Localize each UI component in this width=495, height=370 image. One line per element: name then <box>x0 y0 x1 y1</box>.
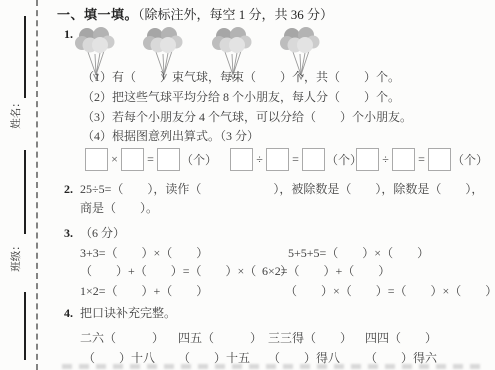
q3-item: 3+3=（ ）×（ ） <box>80 246 208 261</box>
section-title: 一、填一填。（除标注外，每空 1 分，共 36 分） <box>57 7 333 22</box>
middle-write-line <box>24 150 26 234</box>
answer-box[interactable] <box>392 148 415 171</box>
q3-item: 6×2=（ ）+（ ） <box>262 264 390 279</box>
q3-item: （ ）×（ ）=（ ）×（ ） <box>285 284 495 299</box>
q2-line1: 25÷5=（ ），读作（ ），被除数是（ ），除数是（ ）， <box>80 182 483 197</box>
equals-sign: = <box>144 152 157 167</box>
cut-off-text-line <box>62 364 482 369</box>
q4-item: 四五（ ） <box>178 331 262 346</box>
class-label: 班级： <box>10 233 24 279</box>
section-title-note: （除标注外，每空 1 分，共 36 分） <box>138 7 333 22</box>
worksheet-page: 姓名： 班级： 一、填一填。（除标注外，每空 1 分，共 36 分） 1. <box>0 0 495 370</box>
q3-item: 5+5+5=（ ）×（ ） <box>288 246 429 261</box>
operator-sign: ÷ <box>253 152 266 167</box>
answer-box[interactable] <box>302 148 325 171</box>
unit-label: （个） <box>181 151 217 168</box>
answer-box[interactable] <box>428 148 451 171</box>
q3-item: （ ）+（ ）=（ ）×（ ） <box>80 264 292 279</box>
q1-sub3: （3）若每个小朋友分 4 个气球，可以分给（ ）个小朋友。 <box>82 110 412 125</box>
q1-equation-multiply: × = （个） <box>85 148 217 171</box>
equals-sign: = <box>415 152 428 167</box>
fold-dashed-line <box>36 0 38 370</box>
name-write-line <box>24 16 26 98</box>
unit-label: （个） <box>452 151 488 168</box>
class-write-line <box>24 292 26 360</box>
answer-box[interactable] <box>356 148 379 171</box>
equals-sign: = <box>289 152 302 167</box>
q1-equation-divide-1: ÷ = （个） <box>230 148 362 171</box>
q4-item: 二六（ ） <box>80 331 164 346</box>
q1-sub2: （2）把这些气球平均分给 8 个小朋友，每人分（ ）个。 <box>82 90 400 105</box>
q1-equation-divide-2: ÷ = （个） <box>356 148 488 171</box>
q4-item: 三三得（ ） <box>268 331 352 346</box>
answer-box[interactable] <box>230 148 253 171</box>
answer-box[interactable] <box>266 148 289 171</box>
q1-sub4: （4）根据图意列出算式。（3 分） <box>82 129 259 144</box>
q1-number: 1. <box>64 27 73 42</box>
q3-item: 1×2=（ ）+（ ） <box>80 284 208 299</box>
q2-line2: 商是（ ）。 <box>80 201 158 216</box>
q4-item: 四四（ ） <box>365 331 437 346</box>
name-label: 姓名： <box>10 90 24 136</box>
q2-number: 2. <box>64 182 73 197</box>
section-title-bold: 一、填一填。 <box>57 7 138 22</box>
operator-sign: × <box>108 152 121 167</box>
answer-box[interactable] <box>85 148 108 171</box>
q3-number: 3. <box>64 226 73 241</box>
answer-box[interactable] <box>121 148 144 171</box>
answer-box[interactable] <box>157 148 180 171</box>
q1-sub1: （1）有（ ）束气球，每束（ ）个，共（ ）个。 <box>82 70 400 85</box>
operator-sign: ÷ <box>379 152 392 167</box>
q4-number: 4. <box>64 306 73 321</box>
q4-heading: 把口诀补充完整。 <box>80 306 176 321</box>
q3-heading: （6 分） <box>80 226 125 241</box>
